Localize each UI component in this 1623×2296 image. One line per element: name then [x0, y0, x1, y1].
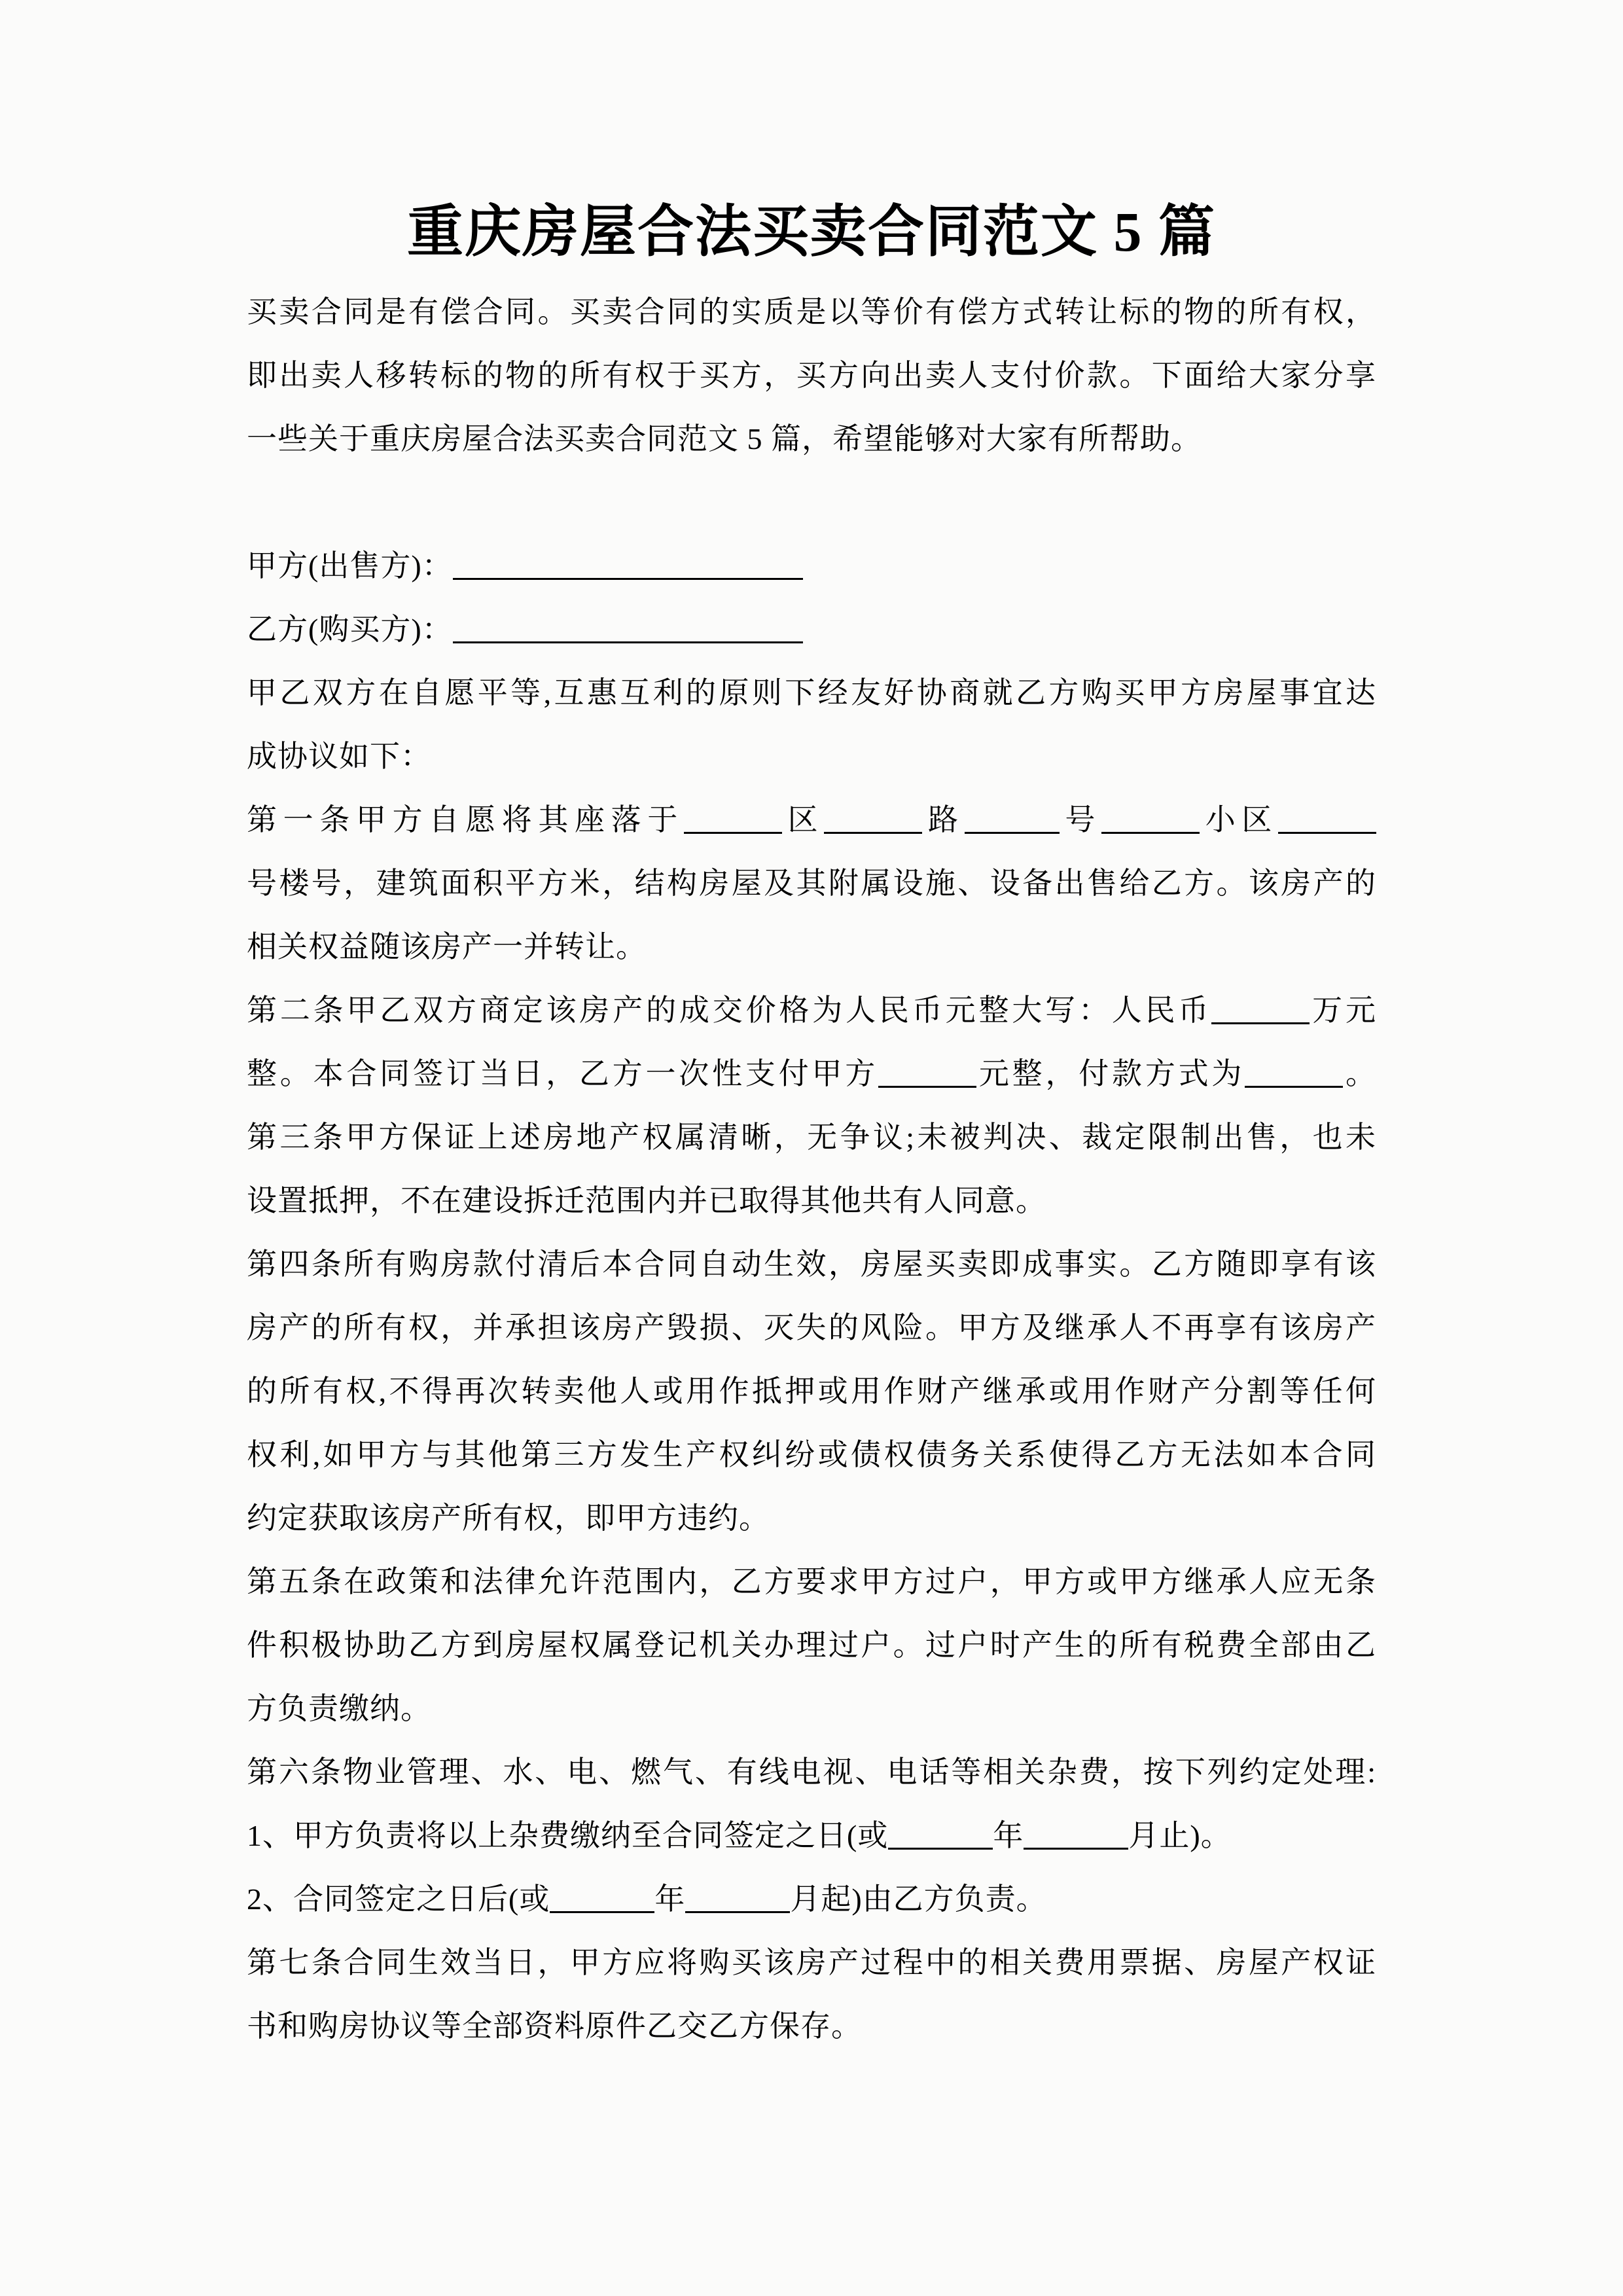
text-run: 月起)由乙方负责。: [790, 1882, 1046, 1916]
clause-6-item-2: 2、合同签定之日后(或年月起)由乙方负责。: [247, 1867, 1376, 1931]
text-run: 相关权益随该房产一并转让。: [247, 930, 647, 963]
text-run: 成协议如下：: [247, 740, 431, 773]
text-run: 第一条甲方自愿将其座落于: [247, 803, 684, 836]
blank-underline: [878, 1086, 976, 1088]
text-run: 路: [922, 803, 964, 836]
blank-underline: [1024, 1848, 1128, 1850]
clause-5-line-2: 件积极协助乙方到房屋权属登记机关办理过户。过户时产生的所有税费全部由乙: [247, 1613, 1376, 1677]
intro-line-2: 即出卖人移转标的物的所有权于买方，买方向出卖人支付价款。下面给大家分享: [247, 344, 1376, 407]
clause-3-line-2: 设置抵押，不在建设拆迁范围内并已取得其他共有人同意。: [247, 1169, 1376, 1232]
blank-underline: [453, 578, 803, 580]
blank-underline: [685, 1911, 790, 1913]
document-title: 重庆房屋合法买卖合同范文 5 篇: [0, 0, 1623, 268]
party-b-line: 乙方(购买方)：: [247, 598, 1376, 661]
clause-4-line-2: 房产的所有权，并承担该房产毁损、灭失的风险。甲方及继承人不再享有该房产: [247, 1296, 1376, 1359]
clause-5-line-3: 方负责缴纳。: [247, 1677, 1376, 1740]
clause-1-line-2: 号楼号，建筑面积平方米，结构房屋及其附属设施、设备出售给乙方。该房产的: [247, 852, 1376, 915]
text-run: 甲乙双方在自愿平等,互惠互利的原则下经友好协商就乙方购买甲方房屋事宜达: [247, 676, 1376, 709]
clause-4-line-1: 第四条所有购房款付清后本合同自动生效，房屋买卖即成事实。乙方随即享有该: [247, 1232, 1376, 1296]
text-run: 号: [1060, 803, 1101, 836]
intro-line-3: 一些关于重庆房屋合法买卖合同范文 5 篇，希望能够对大家有所帮助。: [247, 407, 1376, 471]
clause-7-line-2: 书和购房协议等全部资料原件乙交乙方保存。: [247, 1994, 1376, 2058]
blank-spacer: [247, 471, 1376, 534]
text-run: 年: [993, 1819, 1024, 1852]
blank-underline: [1101, 832, 1200, 834]
clause-6-line-1: 第六条物业管理、水、电、燃气、有线电视、电话等相关杂费，按下列约定处理:: [247, 1740, 1376, 1804]
text-run: 即出卖人移转标的物的所有权于买方，买方向出卖人支付价款。下面给大家分享: [247, 359, 1376, 392]
text-run: 设置抵押，不在建设拆迁范围内并已取得其他共有人同意。: [247, 1184, 1046, 1217]
text-run: 第四条所有购房款付清后本合同自动生效，房屋买卖即成事实。乙方随即享有该: [247, 1247, 1376, 1281]
text-run: 元整，付款方式为: [976, 1057, 1245, 1090]
clause-3-line-1: 第三条甲方保证上述房地产权属清晰，无争议;未被判决、裁定限制出售，也未: [247, 1105, 1376, 1169]
clause-7-line-1: 第七条合同生效当日，甲方应将购买该房产过程中的相关费用票据、房屋产权证: [247, 1931, 1376, 1994]
blank-underline: [453, 641, 803, 643]
clause-1-line-3: 相关权益随该房产一并转让。: [247, 915, 1376, 978]
contract-page: 重庆房屋合法买卖合同范文 5 篇 买卖合同是有偿合同。买卖合同的实质是以等价有偿…: [0, 0, 1623, 2296]
text-run: 的所有权,不得再次转卖他人或用作抵押或用作财产继承或用作财产分割等任何: [247, 1374, 1376, 1408]
document-body: 买卖合同是有偿合同。买卖合同的实质是以等价有偿方式转让标的物的所有权，即出卖人移…: [247, 280, 1376, 2058]
text-run: 1、甲方负责将以上杂费缴纳至合同签定之日(或: [247, 1819, 888, 1852]
text-run: 买卖合同是有偿合同。买卖合同的实质是以等价有偿方式转让标的物的所有权，: [247, 295, 1376, 329]
clause-4-line-4: 权利,如甲方与其他第三方发生产权纠纷或债权债务关系使得乙方无法如本合同: [247, 1423, 1376, 1486]
blank-underline: [965, 832, 1060, 834]
text-run: 约定获取该房产所有权，即甲方违约。: [247, 1501, 770, 1535]
blank-underline: [684, 832, 782, 834]
text-run: 第七条合同生效当日，甲方应将购买该房产过程中的相关费用票据、房屋产权证: [247, 1946, 1376, 1979]
blank-underline: [1245, 1086, 1343, 1088]
clause-4-line-5: 约定获取该房产所有权，即甲方违约。: [247, 1486, 1376, 1550]
clause-6-item-1: 1、甲方负责将以上杂费缴纳至合同签定之日(或年月止)。: [247, 1804, 1376, 1867]
party-a-line: 甲方(出售方)：: [247, 534, 1376, 598]
preamble-line-2: 成协议如下：: [247, 725, 1376, 788]
preamble-line-1: 甲乙双方在自愿平等,互惠互利的原则下经友好协商就乙方购买甲方房屋事宜达: [247, 661, 1376, 725]
blank-underline: [888, 1848, 993, 1850]
text-run: 第三条甲方保证上述房地产权属清晰，无争议;未被判决、裁定限制出售，也未: [247, 1121, 1376, 1154]
text-run: 年: [654, 1882, 685, 1916]
blank-underline: [1278, 832, 1376, 834]
text-run: 第五条在政策和法律允许范围内，乙方要求甲方过户，甲方或甲方继承人应无条: [247, 1565, 1376, 1598]
text-run: 房产的所有权，并承担该房产毁损、灭失的风险。甲方及继承人不再享有该房产: [247, 1311, 1376, 1344]
text-run: 。: [1343, 1057, 1376, 1090]
text-run: 书和购房协议等全部资料原件乙交乙方保存。: [247, 2009, 862, 2043]
text-run: 整。本合同签订当日，乙方一次性支付甲方: [247, 1057, 878, 1090]
blank-underline: [824, 832, 922, 834]
text-run: 2、合同签定之日后(或: [247, 1882, 550, 1916]
clause-2-line-2: 整。本合同签订当日，乙方一次性支付甲方元整，付款方式为。: [247, 1042, 1376, 1105]
text-run: 权利,如甲方与其他第三方发生产权纠纷或债权债务关系使得乙方无法如本合同: [247, 1438, 1376, 1471]
text-run: 号楼号，建筑面积平方米，结构房屋及其附属设施、设备出售给乙方。该房产的: [247, 867, 1376, 900]
clause-1-line-1: 第一条甲方自愿将其座落于区路号小区: [247, 788, 1376, 852]
text-run: 区: [782, 803, 824, 836]
text-run: 甲方(出售方)：: [247, 549, 453, 583]
blank-underline: [1211, 1022, 1310, 1024]
text-run: 方负责缴纳。: [247, 1692, 431, 1725]
clause-5-line-1: 第五条在政策和法律允许范围内，乙方要求甲方过户，甲方或甲方继承人应无条: [247, 1550, 1376, 1613]
text-run: 第二条甲乙双方商定该房产的成交价格为人民币元整大写：人民币: [247, 994, 1211, 1027]
text-run: 万元: [1310, 994, 1376, 1027]
clause-2-line-1: 第二条甲乙双方商定该房产的成交价格为人民币元整大写：人民币万元: [247, 978, 1376, 1042]
text-run: 小区: [1200, 803, 1278, 836]
clause-4-line-3: 的所有权,不得再次转卖他人或用作抵押或用作财产继承或用作财产分割等任何: [247, 1359, 1376, 1423]
text-run: 一些关于重庆房屋合法买卖合同范文 5 篇，希望能够对大家有所帮助。: [247, 422, 1202, 456]
intro-line-1: 买卖合同是有偿合同。买卖合同的实质是以等价有偿方式转让标的物的所有权，: [247, 280, 1376, 344]
text-run: 月止)。: [1128, 1819, 1231, 1852]
text-run: 件积极协助乙方到房屋权属登记机关办理过户。过户时产生的所有税费全部由乙: [247, 1628, 1376, 1662]
text-run: 第六条物业管理、水、电、燃气、有线电视、电话等相关杂费，按下列约定处理:: [247, 1755, 1376, 1789]
blank-underline: [550, 1911, 654, 1913]
text-run: 乙方(购买方)：: [247, 613, 453, 646]
